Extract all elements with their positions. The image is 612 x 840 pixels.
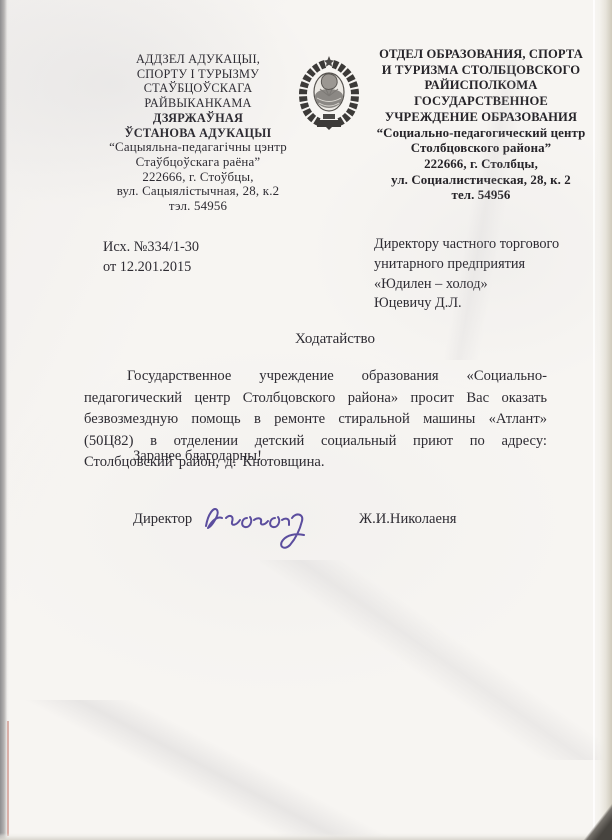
recipient-block: Директору частного торгового унитарного … xyxy=(374,235,559,314)
outgoing-date: от 12.201.2015 xyxy=(103,258,199,278)
recipient-line: Директору частного торгового xyxy=(374,235,559,255)
handwritten-signature xyxy=(196,488,312,554)
org-line: “Сацыяльна-педагагічны цэнтр xyxy=(96,140,300,155)
reference-block: Исх. №334/1-30 от 12.201.2015 xyxy=(103,238,199,277)
letterhead-left-belarusian: АДДЗЕЛ АДУКАЦЫІ, СПОРТУ І ТУРЫЗМУ СТАЎБЦ… xyxy=(96,52,300,214)
recipient-line: унитарного предприятия xyxy=(374,255,559,275)
outgoing-number: Исх. №334/1-30 xyxy=(103,238,199,258)
org-line: вул. Сацыялістычная, 28, к.2 xyxy=(96,184,300,199)
org-line: РАЙВЫКАНКАМА xyxy=(96,96,300,111)
org-line: УЧРЕЖДЕНИЕ ОБРАЗОВАНИЯ xyxy=(356,110,606,126)
scan-edge-right xyxy=(594,0,612,840)
closing-line: Заранее благодарны! xyxy=(133,448,262,465)
belarus-coat-of-arms-icon xyxy=(299,56,359,134)
org-line: тел. 54956 xyxy=(356,188,606,204)
org-line: 222666, г. Столбцы, xyxy=(356,157,606,173)
org-line: ЎСТАНОВА АДУКАЦЫІ xyxy=(96,126,300,141)
signer-position: Директор xyxy=(133,511,192,528)
signer-name: Ж.И.Николаеня xyxy=(359,511,456,528)
org-line: Стаўбцоўскага раёна” xyxy=(96,155,300,170)
scan-edge-artifact xyxy=(7,721,9,836)
scanned-letter-page: { "letterhead": { "left": { "lines": [ "… xyxy=(0,0,612,840)
org-line: СТАЎБЦОЎСКАГА xyxy=(96,81,300,96)
paper-crease xyxy=(260,560,612,760)
org-line: РАЙИСПОЛКОМА xyxy=(356,78,606,94)
org-line: И ТУРИЗМА СТОЛБЦОВСКОГО xyxy=(356,63,606,79)
org-line: ул. Социалистическая, 28, к. 2 xyxy=(356,173,606,189)
letter-paper: АДДЗЕЛ АДУКАЦЫІ, СПОРТУ І ТУРЫЗМУ СТАЎБЦ… xyxy=(0,0,612,840)
org-line: ГОСУДАРСТВЕННОЕ xyxy=(356,94,606,110)
org-line: Столбцовского района” xyxy=(356,141,606,157)
folded-corner xyxy=(578,796,612,840)
org-line: ОТДЕЛ ОБРАЗОВАНИЯ, СПОРТА xyxy=(356,47,606,63)
org-line: тэл. 54956 xyxy=(96,199,300,214)
org-line: ДЗЯРЖАЎНАЯ xyxy=(96,111,300,126)
paper-crease xyxy=(0,700,420,840)
scan-edge-left xyxy=(0,0,9,840)
letterhead-right-russian: ОТДЕЛ ОБРАЗОВАНИЯ, СПОРТА И ТУРИЗМА СТОЛ… xyxy=(356,47,606,204)
scan-edge-bottom xyxy=(0,833,612,840)
org-line: АДДЗЕЛ АДУКАЦЫІ, xyxy=(96,52,300,67)
recipient-line: Юцевичу Д.Л. xyxy=(374,294,559,314)
org-line: 222666, г. Стоўбцы, xyxy=(96,170,300,185)
recipient-line: «Юдилен – холод» xyxy=(374,275,559,295)
org-line: СПОРТУ І ТУРЫЗМУ xyxy=(96,67,300,82)
document-title: Ходатайство xyxy=(250,331,420,348)
org-line: “Социально-педагогический центр xyxy=(356,126,606,142)
